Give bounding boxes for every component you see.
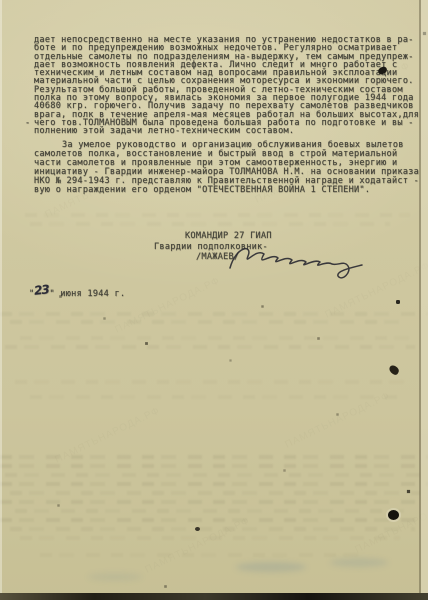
bleed-through-row <box>10 527 415 531</box>
bleed-through-row <box>0 464 420 468</box>
bleed-through-row <box>10 320 410 324</box>
bleed-through-row <box>30 222 390 226</box>
bleed-through-row <box>10 491 420 495</box>
ink-smudge <box>236 562 306 572</box>
watermark: ПАМЯТЬНАРОДА.РФ <box>113 275 222 335</box>
document-page: ПАМЯТЬНАРОДА.РФ ПАМЯТЬНАРОДА.РФ ПАМЯТЬНА… <box>0 0 428 600</box>
watermark: ПАМЯТЬНАРОДА.РФ <box>283 390 392 450</box>
bleed-through-row <box>15 509 415 513</box>
punch-hole <box>388 510 399 520</box>
handwritten-day: 23 <box>34 282 50 297</box>
bottom-scan-edge <box>0 593 428 600</box>
sheet-right-margin <box>421 0 428 600</box>
date-line: "23" июня 1944 г. <box>29 285 125 299</box>
ink-blot <box>195 527 200 531</box>
bleed-through-row <box>25 213 410 217</box>
margin-dash-mark: - <box>25 118 30 128</box>
watermark: ПАМЯТЬНАРОДА.РФ <box>353 495 428 555</box>
bleed-through-row <box>0 518 420 522</box>
bleed-through-row <box>20 336 410 340</box>
date-rest: " июня 1944 г. <box>49 289 125 299</box>
bleed-through-row <box>15 380 410 384</box>
ink-smudge <box>330 558 388 567</box>
handwritten-signature <box>226 238 376 280</box>
scan-left-edge <box>0 0 2 600</box>
bleed-through-row <box>0 482 428 486</box>
ink-smudge <box>88 573 142 581</box>
bleed-through-row <box>20 536 400 540</box>
bleed-through-row <box>30 395 400 399</box>
typed-paragraph-1: дает непосредственно на месте указания п… <box>34 36 426 136</box>
ink-blot <box>396 300 400 304</box>
ink-blot <box>388 364 401 376</box>
bleed-through-row <box>5 345 415 349</box>
bleed-through-row <box>5 473 420 477</box>
bleed-through-row <box>0 500 425 504</box>
bleed-through-row <box>0 455 428 459</box>
typed-paragraph-2: За умелое руководство и организацию обсл… <box>34 141 426 195</box>
bleed-through-row <box>0 312 428 316</box>
bleed-through-row <box>40 553 360 557</box>
